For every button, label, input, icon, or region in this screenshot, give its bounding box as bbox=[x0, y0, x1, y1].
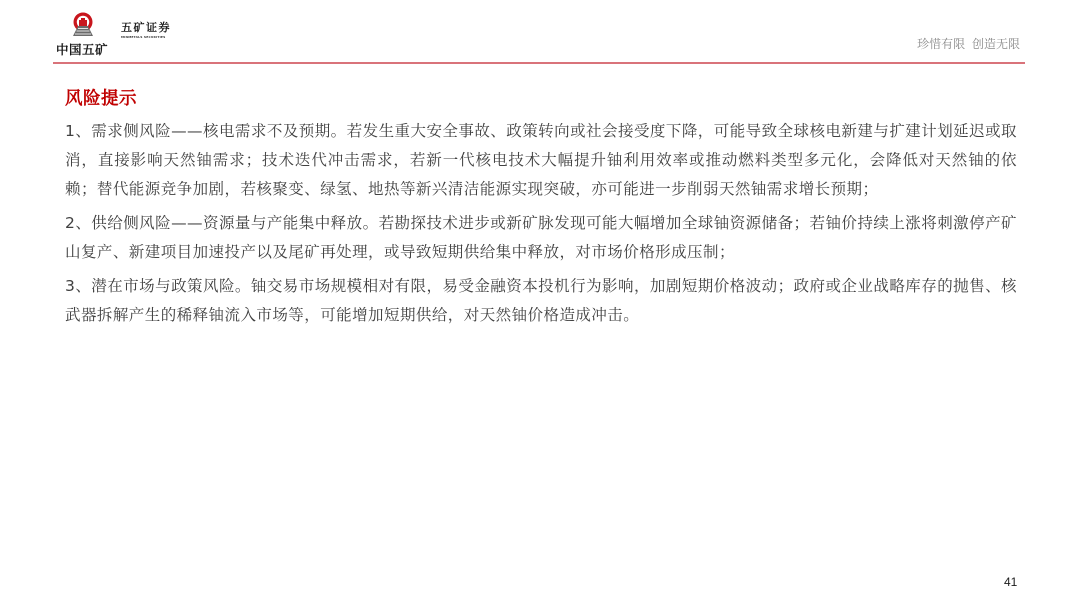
risk-paragraph-demand: 1、需求侧风险——核电需求不及预期。若发生重大安全事故、政策转向或社会接受度下降… bbox=[65, 117, 1017, 204]
china-minmetals-name: 中国五矿 bbox=[56, 40, 108, 58]
risk-paragraph-market-policy: 3、潜在市场与政策风险。铀交易市场规模相对有限，易受金融资本投机行为影响，加剧短… bbox=[65, 272, 1017, 330]
section-title: 风险提示 bbox=[65, 85, 137, 110]
minmetals-emblem-icon bbox=[70, 12, 96, 38]
header-divider bbox=[53, 62, 1025, 64]
company-slogan: 珍惜有限 创造无限 bbox=[917, 35, 1020, 52]
risk-content: 1、需求侧风险——核电需求不及预期。若发生重大安全事故、政策转向或社会接受度下降… bbox=[65, 117, 1017, 335]
page-number: 41 bbox=[1004, 575, 1017, 589]
securities-name-cn: 五矿证券 bbox=[121, 22, 171, 34]
minmetals-securities-logo: 五矿证券 MINMETALS SECURITIES bbox=[121, 22, 171, 40]
china-minmetals-logo: 中国五矿 bbox=[56, 10, 112, 58]
securities-name-en: MINMETALS SECURITIES bbox=[121, 35, 171, 40]
page-header: 中国五矿 五矿证券 MINMETALS SECURITIES 珍惜有限 创造无限 bbox=[0, 0, 1080, 64]
risk-paragraph-supply: 2、供给侧风险——资源量与产能集中释放。若勘探技术进步或新矿脉发现可能大幅增加全… bbox=[65, 209, 1017, 267]
